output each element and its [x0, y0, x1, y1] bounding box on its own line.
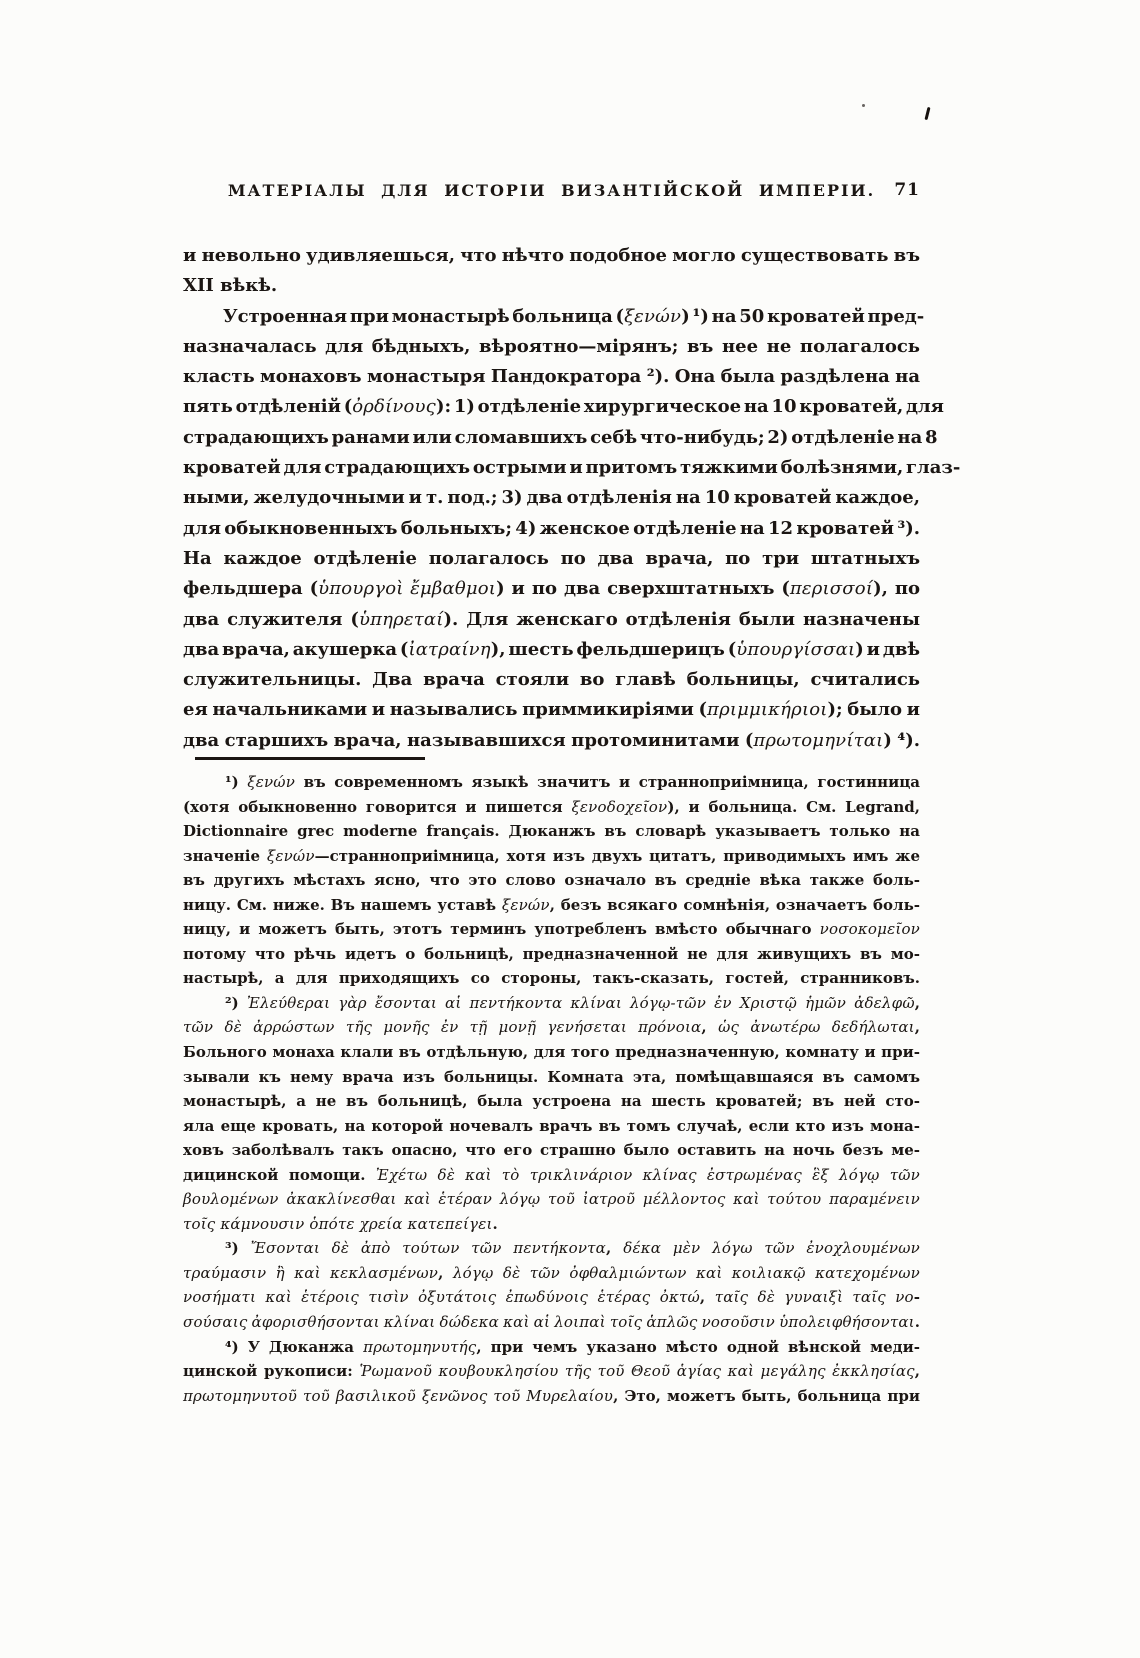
greek-text: ξενών [267, 847, 315, 865]
greek-text: τῶν δὲ ἀρρώστων τῆς μονῆς ἐν τῇ μονῇ γεν… [183, 1018, 701, 1036]
text-line-content: цинской рукописи: Ῥωμανοῦ κουβουκλησίου … [183, 1359, 920, 1384]
text-line: Dictionnaire grec moderne français. Дюка… [183, 819, 920, 844]
greek-text: λόγῳ δὲ τῶν ὀφθαλμιώντων καὶ κοιλιακῷ κα… [453, 1264, 920, 1282]
text-line: XII вѣкѣ. [183, 271, 920, 301]
greek-text: ξενών [247, 773, 295, 791]
text-line: ¹) ξενών въ современномъ языкѣ значитъ и… [183, 770, 920, 795]
text-line-content: назначалась для бѣдныхъ, вѣроятно—мірянъ… [183, 332, 920, 362]
greek-text: ξενών [624, 306, 681, 327]
text-line-content: фельдшера (ὑπουργοὶ ἔμβαθμοι) и по два с… [183, 574, 920, 604]
text-line: νοσήματι καὶ ἑτέροις τισὶν ὀξυτάτοις ἐπω… [183, 1285, 920, 1310]
greek-text: Ἐχέτω δὲ καὶ τὸ τρικλινάριον κλίνας ἐστρ… [376, 1166, 920, 1184]
text-line: ея начальниками и назывались приммикирія… [183, 695, 920, 725]
greek-text: τοῖς κάμνουσιν ὁπότε χρεία κατεπείγει [183, 1215, 493, 1233]
greek-text: ὡς ἀνωτέρω δεδήλωται [718, 1018, 915, 1036]
text-line-content: ными, желудочными и т. под.; 3) два отдѣ… [183, 483, 920, 513]
greek-text: πρωτομηνυτής [363, 1338, 476, 1356]
text-line: служительницы. Два врача стояли во главѣ… [183, 665, 920, 695]
text-line-content: νοσήματι καὶ ἑτέροις τισὶν ὀξυτάτοις ἐπω… [183, 1285, 920, 1310]
text-line: въ другихъ мѣстахъ ясно, что это слово о… [183, 868, 920, 893]
text-line-content: потому что рѣчь идетъ о больницѣ, предна… [183, 942, 920, 967]
text-line: фельдшера (ὑπουργοὶ ἔμβαθμοι) и по два с… [183, 574, 920, 604]
greek-text: πρωτομηνίται [753, 730, 883, 751]
text-line: ²) Ἐλεύθεραι γὰρ ἔσονται αἱ πεντήκοντα κ… [183, 991, 920, 1016]
text-line: ³) Ἔσονται δὲ ἀπὸ τούτων τῶν πεντήκοντα,… [183, 1236, 920, 1261]
text-line: ными, желудочными и т. под.; 3) два отдѣ… [183, 483, 920, 513]
book-page-scan: МАТЕРІАЛЫ ДЛЯ ИСТОРІИ ВИЗАНТІЙСКОЙ ИМПЕР… [0, 0, 1140, 1658]
text-line: ⁴) У Дюканжа πρωτομηνυτής, при чемъ указ… [183, 1335, 920, 1360]
footnotes-block: ¹) ξενών въ современномъ языкѣ значитъ и… [183, 770, 920, 1408]
text-line: зывали къ нему врача изъ больницы. Комна… [183, 1065, 920, 1090]
text-line: τραύμασιν ἢ καὶ κεκλασμένων, λόγῳ δὲ τῶν… [183, 1261, 920, 1286]
paragraph-2: Устроенная при монастырѣ больница (ξενών… [183, 302, 920, 756]
greek-text: ὑπουργίσσαι [736, 639, 855, 660]
running-title: МАТЕРІАЛЫ ДЛЯ ИСТОРІИ ВИЗАНТІЙСКОЙ ИМПЕР… [183, 181, 920, 200]
text-line: дицинской помощи. Ἐχέτω δὲ καὶ τὸ τρικλι… [183, 1163, 920, 1188]
text-line-content: (хотя обыкновенно говорится и пишется ξε… [183, 795, 920, 820]
greek-text: πριμμικήριοι [707, 699, 827, 720]
text-line: яла еще кровать, на которой ночевалъ вра… [183, 1114, 920, 1139]
text-line: пять отдѣленій (ὀρδίνους): 1) отдѣленіе … [183, 392, 920, 422]
text-line-content: два врача, акушерка (ἰατραίνη), шесть фе… [183, 635, 920, 665]
text-line: два служителя (ὑπηρεταί). Для женскаго о… [183, 605, 920, 635]
greek-text: Ἔσονται δὲ ἀπὸ τούτων τῶν πεντήκοντα [251, 1239, 606, 1257]
text-line-content: въ другихъ мѣстахъ ясно, что это слово о… [183, 868, 920, 893]
greek-text: νοσοκομεῖον [820, 920, 920, 938]
paragraph-1: и невольно удивляешься, что нѣчто подобн… [183, 241, 920, 302]
text-line-content: служительницы. Два врача стояли во главѣ… [183, 665, 920, 695]
text-line-content: яла еще кровать, на которой ночевалъ вра… [183, 1114, 920, 1139]
text-line-content: ницу. См. ниже. Въ нашемъ уставѣ ξενών, … [183, 893, 920, 918]
text-line: цинской рукописи: Ῥωμανοῦ κουβουκλησίου … [183, 1359, 920, 1384]
text-line-content: ея начальниками и назывались приммикирія… [183, 695, 920, 725]
text-line-content: два служителя (ὑπηρεταί). Для женскаго о… [183, 605, 920, 635]
text-line-content: ховъ заболѣвалъ такъ опасно, что его стр… [183, 1138, 920, 1163]
text-line-content: класть монаховъ монастыря Пандократора ²… [183, 362, 920, 392]
text-line-content: два старшихъ врача, называвшихся протоми… [183, 726, 920, 756]
text-line-content: На каждое отдѣленіе полагалось по два вр… [183, 544, 920, 574]
text-line: и невольно удивляешься, что нѣчто подобн… [183, 241, 920, 271]
text-line: два врача, акушерка (ἰατραίνη), шесть фе… [183, 635, 920, 665]
text-line: (хотя обыкновенно говорится и пишется ξε… [183, 795, 920, 820]
text-line-content: для обыкновенныхъ больныхъ; 4) женское о… [183, 514, 920, 544]
footnote-4: ⁴) У Дюканжа πρωτομηνυτής, при чемъ указ… [183, 1335, 920, 1409]
greek-text: δέκα μὲν λόγω τῶν ἐνοχλουμένων [623, 1239, 920, 1257]
text-line: монастырѣ, а не въ больницѣ, была устрое… [183, 1089, 920, 1114]
text-line: страдающихъ ранами или сломавшихъ себѣ ч… [183, 423, 920, 453]
greek-text: ὑπουργοὶ ἔμβαθμοι [318, 578, 496, 599]
text-line: назначалась для бѣдныхъ, вѣроятно—мірянъ… [183, 332, 920, 362]
text-line-content: настырѣ, а для приходящихъ со стороны, т… [183, 966, 920, 991]
greek-text: Ἐλεύθεραι γὰρ ἔσονται αἱ πεντήκοντα κλίν… [247, 994, 915, 1012]
text-line: кроватей для страдающихъ острыми и прито… [183, 453, 920, 483]
text-line: ницу. См. ниже. Въ нашемъ уставѣ ξενών, … [183, 893, 920, 918]
text-line-content: страдающихъ ранами или сломавшихъ себѣ ч… [183, 423, 938, 453]
greek-text: ἰατραίνη [408, 639, 490, 660]
text-line-content: XII вѣкѣ. [183, 271, 277, 301]
greek-text: ὑπηρεταί [359, 609, 444, 630]
text-line: два старшихъ врача, называвшихся протоми… [183, 726, 920, 756]
text-line-content: ²) Ἐλεύθεραι γὰρ ἔσονται αἱ πεντήκοντα κ… [225, 991, 920, 1016]
text-line-content: βουλομένων ἀκακλίνεσθαι καὶ ἑτέραν λόγῳ … [183, 1187, 920, 1212]
text-line: для обыкновенныхъ больныхъ; 4) женское о… [183, 514, 920, 544]
text-line: значеніе ξενών—странноприімница, хотя из… [183, 844, 920, 869]
text-line: σούσαις ἀφορισθήσονται κλίναι δώδεκα καὶ… [183, 1310, 920, 1335]
page-header: МАТЕРІАЛЫ ДЛЯ ИСТОРІИ ВИЗАНТІЙСКОЙ ИМПЕР… [183, 181, 920, 207]
footnote-2: ²) Ἐλεύθεραι γὰρ ἔσονται αἱ πεντήκοντα κ… [183, 991, 920, 1236]
text-line: τοῖς κάμνουσιν ὁπότε χρεία κατεπείγει. [183, 1212, 920, 1237]
greek-text: πρωτομηνυτοῦ τοῦ βασιλικοῦ ξενῶνος τοῦ Μ… [183, 1387, 613, 1405]
greek-text: νοσήματι καὶ ἑτέροις τισὶν ὀξυτάτοις ἐπω… [183, 1288, 700, 1306]
greek-text: περισσοί [790, 578, 873, 599]
text-line-content: τῶν δὲ ἀρρώστων τῆς μονῆς ἐν τῇ μονῇ γεν… [183, 1015, 920, 1040]
text-line-content: монастырѣ, а не въ больницѣ, была устрое… [183, 1089, 920, 1114]
greek-text: τραύμασιν ἢ καὶ κεκλασμένων [183, 1264, 438, 1282]
text-line: βουλομένων ἀκακλίνεσθαι καὶ ἑτέραν λόγῳ … [183, 1187, 920, 1212]
text-line-content: кроватей для страдающихъ острыми и прито… [183, 453, 960, 483]
text-line: τῶν δὲ ἀρρώστων τῆς μονῆς ἐν τῇ μονῇ γεν… [183, 1015, 920, 1040]
text-line-content: и невольно удивляешься, что нѣчто подобн… [183, 241, 920, 271]
text-line-content: τραύμασιν ἢ καὶ κεκλασμένων, λόγῳ δὲ τῶν… [183, 1261, 920, 1286]
text-line: класть монаховъ монастыря Пандократора ²… [183, 362, 920, 392]
ink-stroke-artifact [924, 107, 930, 120]
text-line-content: ³) Ἔσονται δὲ ἀπὸ τούτων τῶν πεντήκοντα,… [225, 1236, 920, 1261]
greek-text: ξενοδοχεῖον [571, 798, 667, 816]
greek-text: ὀρδίνους [352, 396, 436, 417]
text-line-content: ⁴) У Дюканжа πρωτομηνυτής, при чемъ указ… [225, 1335, 920, 1360]
text-line: потому что рѣчь идетъ о больницѣ, предна… [183, 942, 920, 967]
page-number: 71 [894, 180, 920, 200]
main-text-block: и невольно удивляешься, что нѣчто подобн… [183, 241, 920, 756]
ink-dot-artifact [862, 104, 865, 107]
text-line-content: Устроенная при монастырѣ больница (ξενών… [223, 302, 924, 332]
greek-text: Ῥωμανοῦ κουβουκλησίου τῆς τοῦ Θεοῦ ἁγίας… [359, 1362, 914, 1380]
text-line: πρωτομηνυτοῦ τοῦ βασιλικοῦ ξενῶνος τοῦ Μ… [183, 1384, 920, 1409]
footnote-1: ¹) ξενών въ современномъ языкѣ значитъ и… [183, 770, 920, 991]
greek-text: ξενών [502, 896, 550, 914]
text-line-content: зывали къ нему врача изъ больницы. Комна… [183, 1065, 920, 1090]
text-line-content: дицинской помощи. Ἐχέτω δὲ καὶ τὸ τρικλι… [183, 1163, 920, 1188]
text-line-content: σούσαις ἀφορισθήσονται κλίναι δώδεκα καὶ… [183, 1310, 920, 1335]
text-line: На каждое отдѣленіе полагалось по два вр… [183, 544, 920, 574]
text-line: Устроенная при монастырѣ больница (ξενών… [183, 302, 920, 332]
greek-text: σούσαις ἀφορισθήσονται κλίναι δώδεκα καὶ… [183, 1313, 915, 1331]
text-line: настырѣ, а для приходящихъ со стороны, т… [183, 966, 920, 991]
text-line-content: пять отдѣленій (ὀρδίνους): 1) отдѣленіе … [183, 392, 944, 422]
text-line: ховъ заболѣвалъ такъ опасно, что его стр… [183, 1138, 920, 1163]
text-line: ницу, и можетъ быть, этотъ терминъ употр… [183, 917, 920, 942]
greek-text: ταῖς δὲ γυναιξὶ ταῖς νο [715, 1288, 914, 1306]
footnote-3: ³) Ἔσονται δὲ ἀπὸ τούτων τῶν πεντήκοντα,… [183, 1236, 920, 1334]
footnote-separator-rule [195, 757, 425, 760]
greek-text: βουλομένων ἀκακλίνεσθαι καὶ ἑτέραν λόγῳ … [183, 1190, 920, 1208]
text-line: Больного монаха клали въ отдѣльную, для … [183, 1040, 920, 1065]
text-line-content: Dictionnaire grec moderne français. Дюка… [183, 819, 920, 844]
text-line-content: Больного монаха клали въ отдѣльную, для … [183, 1040, 920, 1065]
text-line-content: ницу, и можетъ быть, этотъ терминъ употр… [183, 917, 920, 942]
text-line-content: значеніе ξενών—странноприімница, хотя из… [183, 844, 920, 869]
text-line-content: πρωτομηνυτοῦ τοῦ βασιλικοῦ ξενῶνος τοῦ Μ… [183, 1384, 920, 1409]
text-line-content: ¹) ξενών въ современномъ языкѣ значитъ и… [225, 770, 920, 795]
text-line-content: τοῖς κάμνουσιν ὁπότε χρεία κατεπείγει. [183, 1212, 498, 1237]
